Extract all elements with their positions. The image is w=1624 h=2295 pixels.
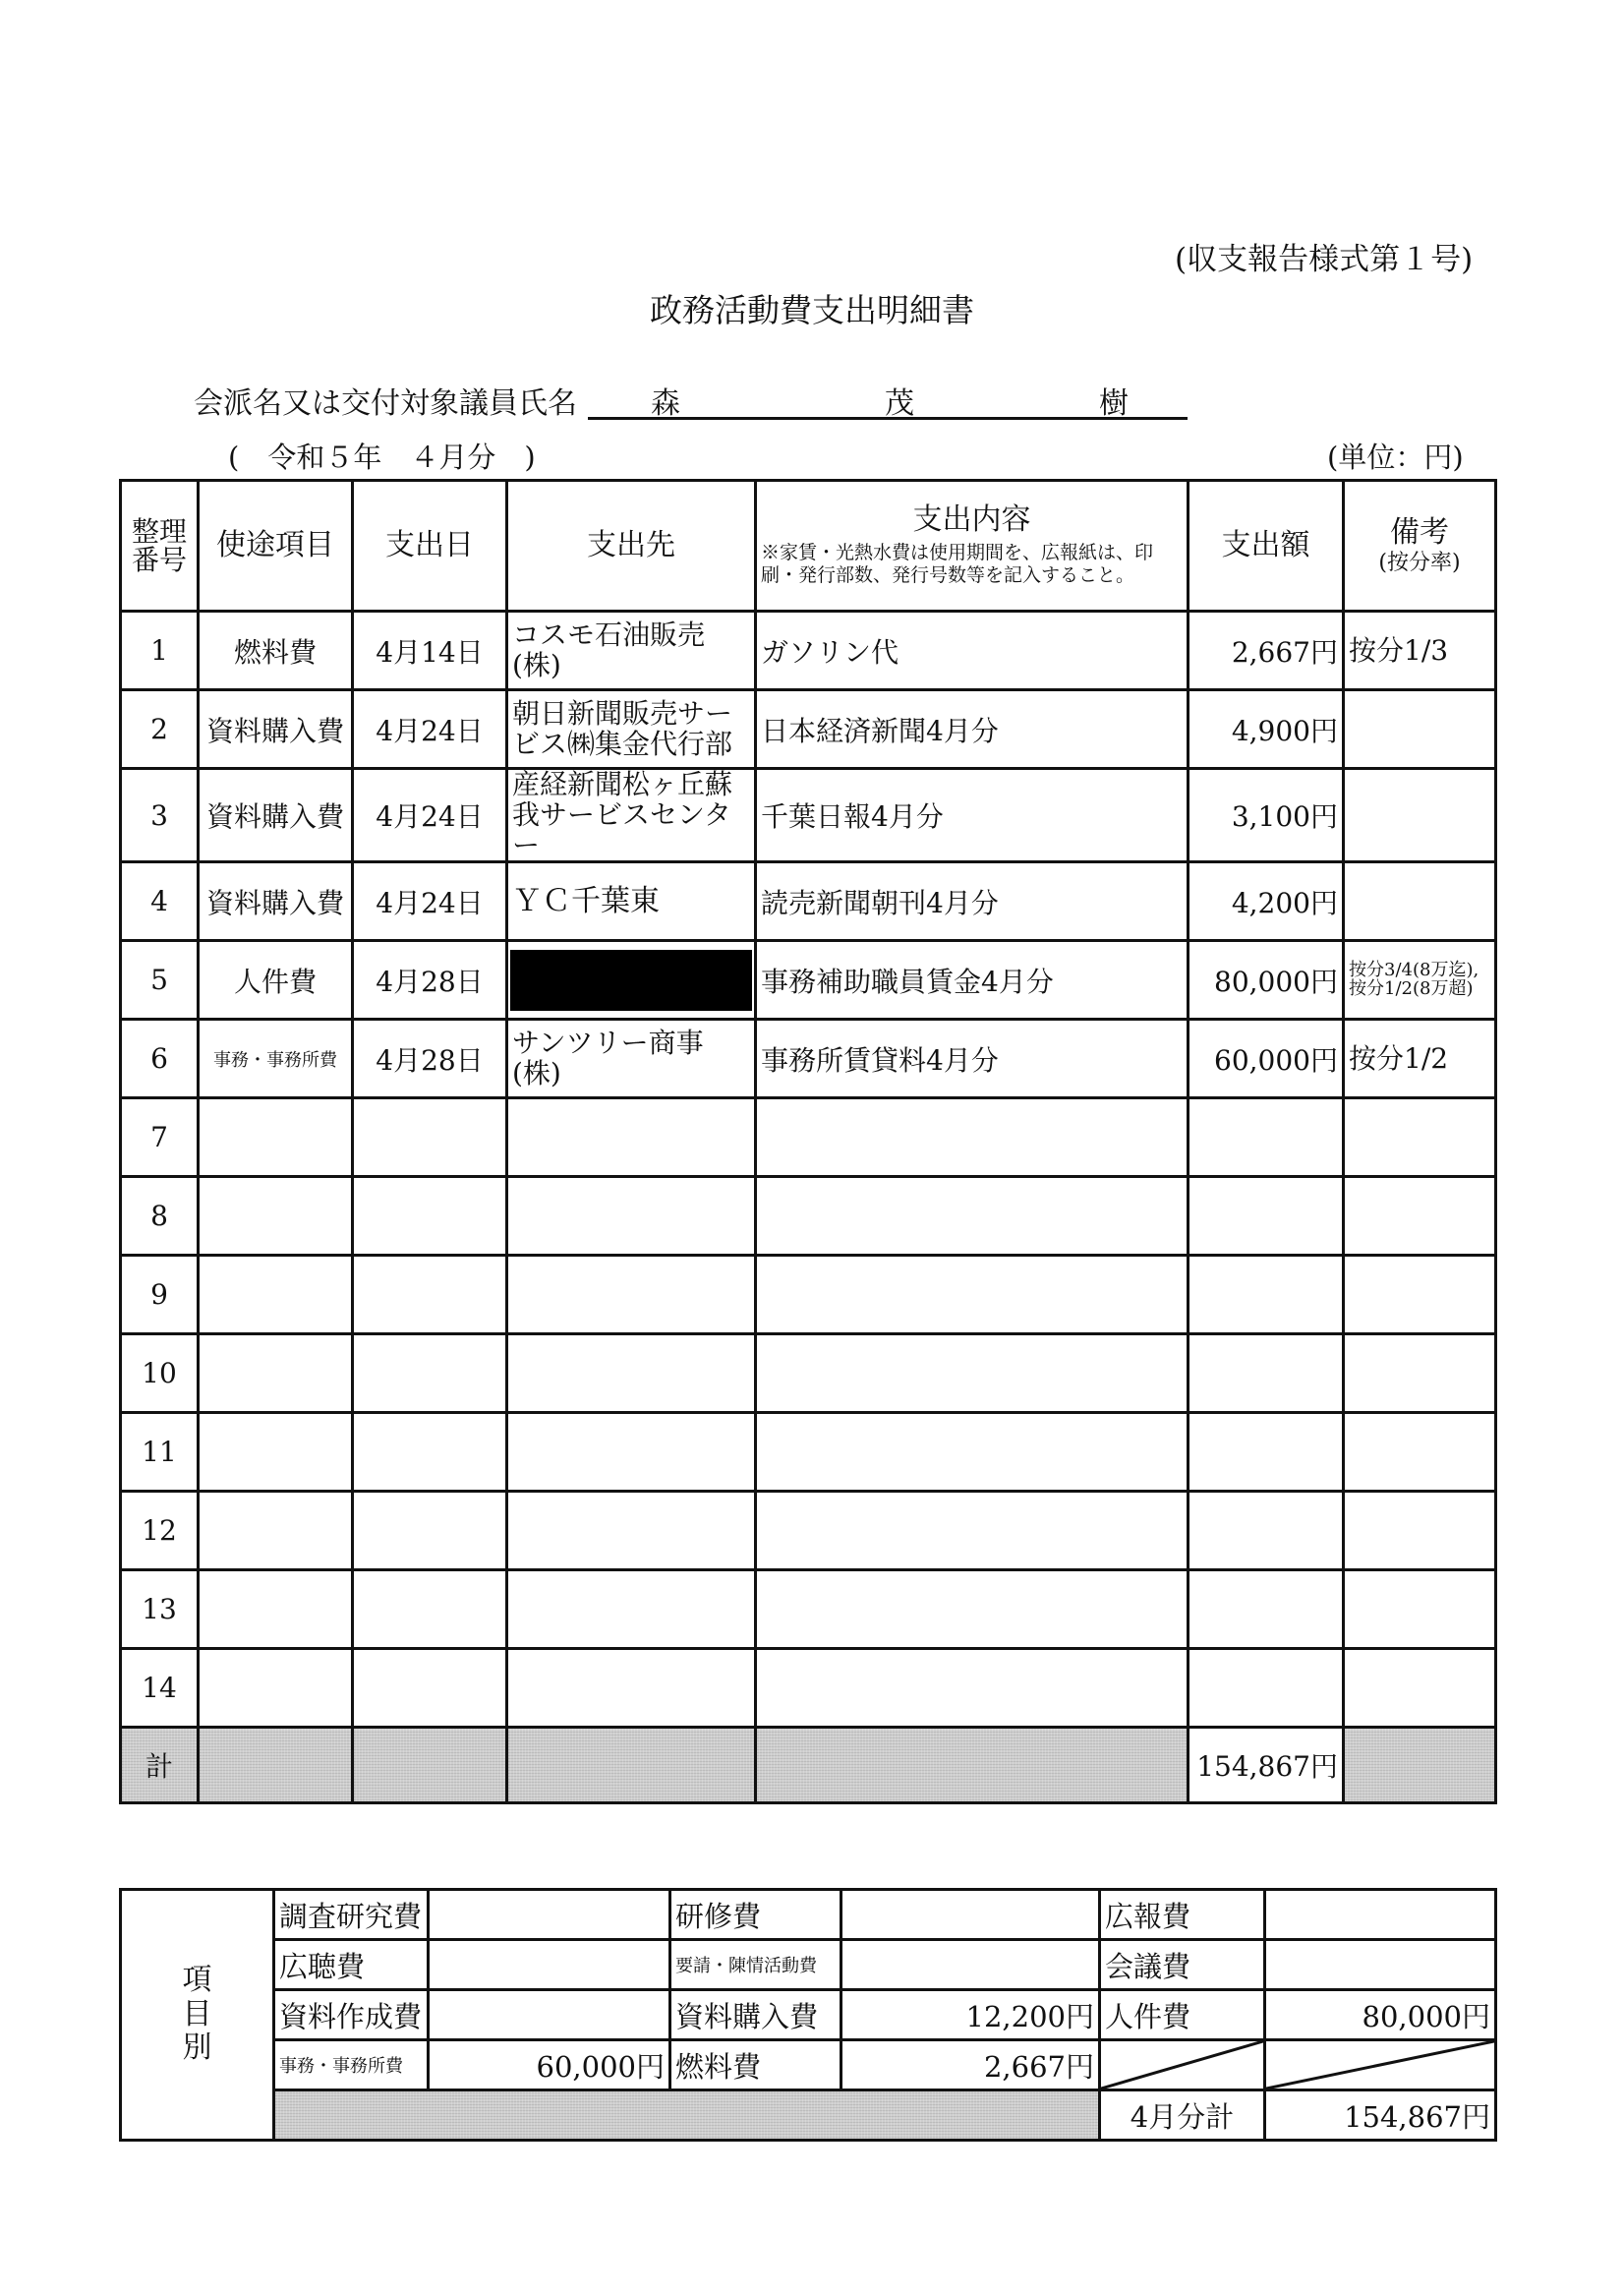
month-total-label: 4月分計	[1100, 2090, 1265, 2141]
row-payee	[507, 1256, 756, 1334]
row-amount: 2,667円	[1189, 612, 1344, 690]
row-no: 2	[121, 690, 199, 769]
row-date: 4月24日	[353, 862, 507, 941]
total-row: 計 154,867円	[121, 1728, 1496, 1803]
shaded-cell	[353, 1728, 507, 1803]
summary-amount-hearing	[429, 1940, 670, 1990]
category-summary-table: 項目別 調査研究費 研修費 広報費 広聴費 要請・陳情活動費 会議費 資料作成費…	[119, 1888, 1497, 2142]
row-date	[353, 1413, 507, 1492]
summary-label-training: 研修費	[670, 1890, 841, 1940]
row-remarks	[1344, 1098, 1496, 1177]
row-date	[353, 1334, 507, 1413]
member-name-part: 茂	[885, 379, 914, 422]
summary-amount-research	[429, 1890, 670, 1940]
table-header-row: 整理番号 使途項目 支出日 支出先 支出内容 ※家賃・光熱水費は使用期間を、広報…	[121, 481, 1496, 612]
row-no: 10	[121, 1334, 199, 1413]
row-no: 8	[121, 1177, 199, 1256]
row-category: 資料購入費	[199, 862, 353, 941]
row-payee	[507, 1570, 756, 1649]
shaded-cell	[274, 2090, 1100, 2141]
row-amount: 4,900円	[1189, 690, 1344, 769]
row-category	[199, 1334, 353, 1413]
header-remarks-label: 備考	[1390, 515, 1449, 550]
row-payee	[507, 1177, 756, 1256]
row-date	[353, 1570, 507, 1649]
table-row: 12	[121, 1492, 1496, 1570]
summary-label-hearing: 広聴費	[274, 1940, 429, 1990]
row-remarks	[1344, 1492, 1496, 1570]
row-no: 13	[121, 1570, 199, 1649]
table-row: 2資料購入費4月24日朝日新聞販売サービス㈱集金代行部日本経済新聞4月分4,90…	[121, 690, 1496, 769]
row-content: 読売新聞朝刊4月分	[756, 862, 1189, 941]
header-content-note: ※家賃・光熱水費は使用期間を、広報紙は、印刷・発行部数、発行号数等を記入すること…	[761, 542, 1183, 589]
header-content: 支出内容 ※家賃・光熱水費は使用期間を、広報紙は、印刷・発行部数、発行号数等を記…	[756, 481, 1189, 612]
table-row: 5人件費4月28日事務補助職員賃金4月分80,000円按分3/4(8万迄),按分…	[121, 941, 1496, 1020]
table-row: 10	[121, 1334, 1496, 1413]
diagonal-blank-cell	[1265, 2040, 1496, 2090]
row-no: 12	[121, 1492, 199, 1570]
row-date	[353, 1177, 507, 1256]
row-remarks	[1344, 1570, 1496, 1649]
row-payee: コスモ石油販売(株)	[507, 612, 756, 690]
summary-label-materials-creation: 資料作成費	[274, 1990, 429, 2040]
row-content	[756, 1570, 1189, 1649]
summary-label-personnel: 人件費	[1100, 1990, 1265, 2040]
shaded-cell	[756, 1728, 1189, 1803]
summary-amount-meeting	[1265, 1940, 1496, 1990]
row-payee: 産経新聞松ヶ丘蘇我サービスセンター	[507, 769, 756, 862]
table-row: 13	[121, 1570, 1496, 1649]
summary-label-meeting: 会議費	[1100, 1940, 1265, 1990]
row-amount	[1189, 1570, 1344, 1649]
member-name-part: 森	[651, 379, 680, 422]
summary-amount-petition	[841, 1940, 1100, 1990]
row-content: 千葉日報4月分	[756, 769, 1189, 862]
row-category	[199, 1177, 353, 1256]
row-category	[199, 1256, 353, 1334]
row-payee: ＹＣ千葉東	[507, 862, 756, 941]
row-amount	[1189, 1098, 1344, 1177]
row-date: 4月28日	[353, 1020, 507, 1098]
table-row: 6事務・事務所費4月28日サンツリー商事(株)事務所賃貸料4月分60,000円按…	[121, 1020, 1496, 1098]
row-remarks	[1344, 1256, 1496, 1334]
row-date	[353, 1256, 507, 1334]
row-category: 人件費	[199, 941, 353, 1020]
row-remarks	[1344, 1649, 1496, 1728]
row-payee: 朝日新聞販売サービス㈱集金代行部	[507, 690, 756, 769]
row-content: ガソリン代	[756, 612, 1189, 690]
shaded-cell	[507, 1728, 756, 1803]
unit-label: (単位：円)	[1327, 436, 1464, 476]
header-category: 使途項目	[199, 481, 353, 612]
row-payee	[507, 1413, 756, 1492]
summary-label-fuel: 燃料費	[670, 2040, 841, 2090]
summary-label-materials-purchase: 資料購入費	[670, 1990, 841, 2040]
row-remarks	[1344, 862, 1496, 941]
member-name-label: 会派名又は交付対象議員氏名	[194, 379, 577, 422]
row-date	[353, 1649, 507, 1728]
document-title: 政務活動費支出明細書	[0, 285, 1624, 331]
row-remarks	[1344, 769, 1496, 862]
row-payee	[507, 1649, 756, 1728]
row-category: 資料購入費	[199, 690, 353, 769]
form-number: (収支報告様式第１号)	[1175, 234, 1473, 278]
row-content	[756, 1492, 1189, 1570]
row-date	[353, 1492, 507, 1570]
row-content	[756, 1256, 1189, 1334]
row-category	[199, 1413, 353, 1492]
row-amount: 80,000円	[1189, 941, 1344, 1020]
row-content: 日本経済新聞4月分	[756, 690, 1189, 769]
diagonal-line-icon	[1101, 2041, 1263, 2089]
row-remarks: 按分3/4(8万迄),按分1/2(8万超)	[1344, 941, 1496, 1020]
diagonal-line-icon	[1266, 2041, 1494, 2089]
row-remarks	[1344, 690, 1496, 769]
row-date: 4月24日	[353, 769, 507, 862]
summary-amount-materials-creation	[429, 1990, 670, 2040]
header-remarks-sub: (按分率)	[1349, 551, 1490, 575]
row-no: 7	[121, 1098, 199, 1177]
row-content	[756, 1649, 1189, 1728]
table-row: 4資料購入費4月24日ＹＣ千葉東読売新聞朝刊4月分4,200円	[121, 862, 1496, 941]
row-payee: サンツリー商事(株)	[507, 1020, 756, 1098]
row-remarks	[1344, 1334, 1496, 1413]
row-remarks	[1344, 1177, 1496, 1256]
table-row: 8	[121, 1177, 1496, 1256]
row-amount: 3,100円	[1189, 769, 1344, 862]
header-date: 支出日	[353, 481, 507, 612]
table-row: 1燃料費4月14日コスモ石油販売(株)ガソリン代2,667円按分1/3	[121, 612, 1496, 690]
row-date	[353, 1098, 507, 1177]
summary-amount-personnel: 80,000円	[1265, 1990, 1496, 2040]
summary-label-petition: 要請・陳情活動費	[670, 1940, 841, 1990]
row-category	[199, 1649, 353, 1728]
row-payee	[507, 1098, 756, 1177]
summary-amount-materials-purchase: 12,200円	[841, 1990, 1100, 2040]
summary-amount-office: 60,000円	[429, 2040, 670, 2090]
row-amount	[1189, 1256, 1344, 1334]
header-amount: 支出額	[1189, 481, 1344, 612]
row-no: 9	[121, 1256, 199, 1334]
header-no: 整理番号	[121, 481, 199, 612]
summary-label-office: 事務・事務所費	[274, 2040, 429, 2090]
shaded-cell	[1344, 1728, 1496, 1803]
row-payee	[507, 1334, 756, 1413]
table-row: 7	[121, 1098, 1496, 1177]
summary-side-label-text: 項目別	[126, 1964, 268, 2066]
row-no: 5	[121, 941, 199, 1020]
row-content	[756, 1413, 1189, 1492]
row-amount	[1189, 1177, 1344, 1256]
summary-amount-fuel: 2,667円	[841, 2040, 1100, 2090]
total-amount: 154,867円	[1189, 1728, 1344, 1803]
redaction-block	[510, 950, 752, 1011]
row-amount: 4,200円	[1189, 862, 1344, 941]
table-row: 14	[121, 1649, 1496, 1728]
row-amount	[1189, 1649, 1344, 1728]
row-content	[756, 1334, 1189, 1413]
table-row: 3資料購入費4月24日産経新聞松ヶ丘蘇我サービスセンター千葉日報4月分3,100…	[121, 769, 1496, 862]
summary-label-pr: 広報費	[1100, 1890, 1265, 1940]
row-date: 4月24日	[353, 690, 507, 769]
row-payee	[507, 1492, 756, 1570]
summary-amount-training	[841, 1890, 1100, 1940]
row-amount	[1189, 1334, 1344, 1413]
row-content: 事務補助職員賃金4月分	[756, 941, 1189, 1020]
row-date: 4月28日	[353, 941, 507, 1020]
table-row: 9	[121, 1256, 1496, 1334]
row-remarks	[1344, 1413, 1496, 1492]
row-category	[199, 1098, 353, 1177]
row-category: 資料購入費	[199, 769, 353, 862]
row-remarks: 按分1/3	[1344, 612, 1496, 690]
row-date: 4月14日	[353, 612, 507, 690]
table-row: 11	[121, 1413, 1496, 1492]
row-no: 6	[121, 1020, 199, 1098]
row-remarks: 按分1/2	[1344, 1020, 1496, 1098]
summary-side-label: 項目別	[121, 1890, 274, 2141]
header-payee: 支出先	[507, 481, 756, 612]
row-content	[756, 1098, 1189, 1177]
row-content	[756, 1177, 1189, 1256]
row-no: 11	[121, 1413, 199, 1492]
summary-amount-pr	[1265, 1890, 1496, 1940]
row-amount	[1189, 1413, 1344, 1492]
row-no: 14	[121, 1649, 199, 1728]
shaded-cell	[199, 1728, 353, 1803]
expenditure-table: 整理番号 使途項目 支出日 支出先 支出内容 ※家賃・光熱水費は使用期間を、広報…	[119, 479, 1497, 1804]
row-no: 1	[121, 612, 199, 690]
member-name-part: 樹	[1099, 379, 1129, 422]
row-amount: 60,000円	[1189, 1020, 1344, 1098]
row-category	[199, 1570, 353, 1649]
summary-label-research: 調査研究費	[274, 1890, 429, 1940]
row-category	[199, 1492, 353, 1570]
header-remarks: 備考 (按分率)	[1344, 481, 1496, 612]
total-label: 計	[121, 1728, 199, 1803]
row-content: 事務所賃貸料4月分	[756, 1020, 1189, 1098]
header-content-label: 支出内容	[913, 502, 1031, 537]
row-no: 4	[121, 862, 199, 941]
row-no: 3	[121, 769, 199, 862]
row-category: 事務・事務所費	[199, 1020, 353, 1098]
diagonal-blank-cell	[1100, 2040, 1265, 2090]
month-total-amount: 154,867円	[1265, 2090, 1496, 2141]
report-period: ( 令和５年 ４月分 )	[228, 436, 536, 476]
row-category: 燃料費	[199, 612, 353, 690]
row-payee	[507, 941, 756, 1020]
row-amount	[1189, 1492, 1344, 1570]
